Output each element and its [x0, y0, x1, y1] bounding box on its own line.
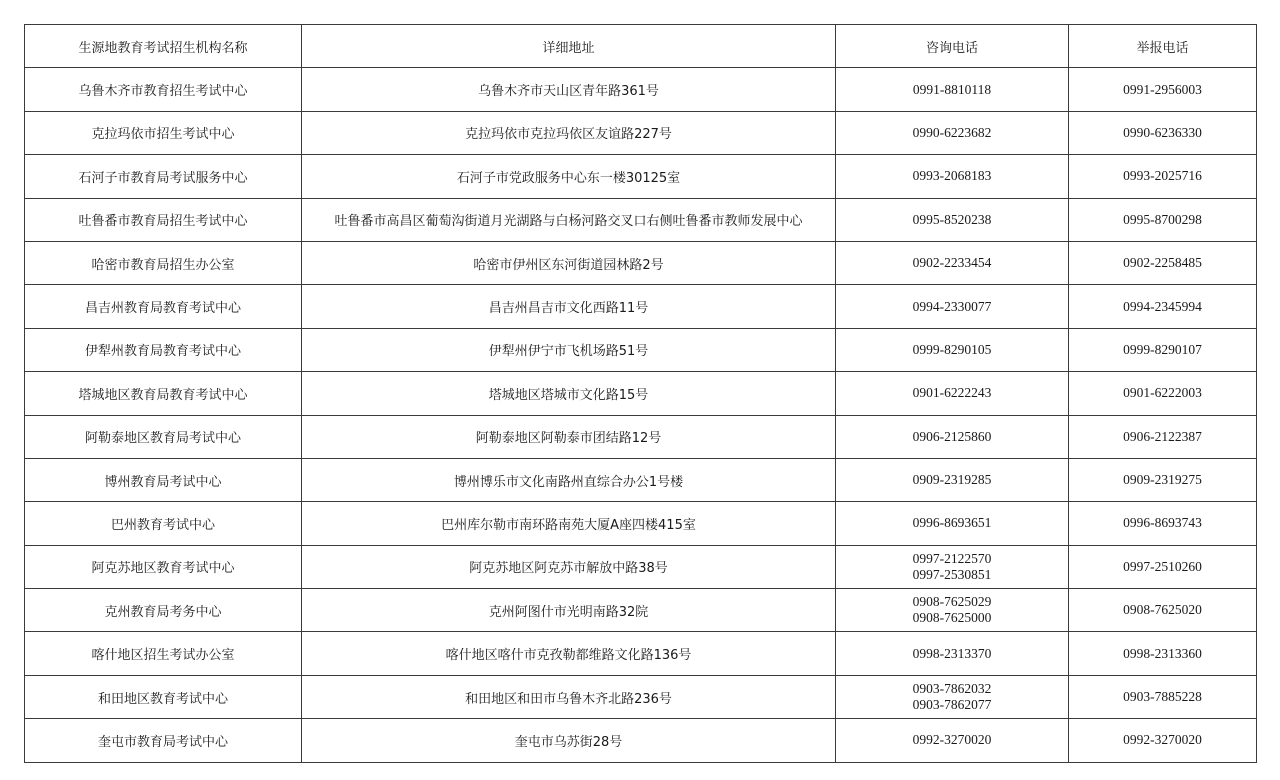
cell-report-phone: 0906-2122387 — [1069, 415, 1257, 458]
table-row: 阿勒泰地区教育局考试中心阿勒泰地区阿勒泰市团结路12号0906-21258600… — [25, 415, 1257, 458]
consult-phone-number: 0991-8810118 — [840, 82, 1064, 98]
cell-report-phone: 0995-8700298 — [1069, 198, 1257, 241]
cell-institution: 乌鲁木齐市教育招生考试中心 — [25, 68, 302, 111]
consult-phone-number: 0997-2530851 — [840, 567, 1064, 583]
header-institution: 生源地教育考试招生机构名称 — [25, 25, 302, 68]
table-row: 博州教育局考试中心博州博乐市文化南路州直综合办公1号楼0909-23192850… — [25, 458, 1257, 501]
table-row: 阿克苏地区教育考试中心阿克苏地区阿克苏市解放中路38号0997-21225700… — [25, 545, 1257, 588]
cell-address: 伊犁州伊宁市飞机场路51号 — [302, 328, 836, 371]
cell-report-phone: 0902-2258485 — [1069, 241, 1257, 284]
consult-phone-number: 0906-2125860 — [840, 429, 1064, 445]
document-page: 生源地教育考试招生机构名称 详细地址 咨询电话 举报电话 乌鲁木齐市教育招生考试… — [0, 0, 1280, 780]
cell-institution: 奎屯市教育局考试中心 — [25, 719, 302, 762]
cell-consult-phone: 0990-6223682 — [836, 111, 1069, 154]
consult-phone-number: 0993-2068183 — [840, 168, 1064, 184]
cell-address: 阿克苏地区阿克苏市解放中路38号 — [302, 545, 836, 588]
cell-institution: 克拉玛依市招生考试中心 — [25, 111, 302, 154]
cell-institution: 喀什地区招生考试办公室 — [25, 632, 302, 675]
table-row: 喀什地区招生考试办公室喀什地区喀什市克孜勒都维路文化路136号0998-2313… — [25, 632, 1257, 675]
cell-address: 喀什地区喀什市克孜勒都维路文化路136号 — [302, 632, 836, 675]
cell-report-phone: 0991-2956003 — [1069, 68, 1257, 111]
cell-consult-phone: 0906-2125860 — [836, 415, 1069, 458]
table-row: 吐鲁番市教育局招生考试中心吐鲁番市高昌区葡萄沟街道月光湖路与白杨河路交叉口右侧吐… — [25, 198, 1257, 241]
consult-phone-number: 0995-8520238 — [840, 212, 1064, 228]
cell-consult-phone: 0909-2319285 — [836, 458, 1069, 501]
consult-phone-number: 0909-2319285 — [840, 472, 1064, 488]
consult-phone-number: 0992-3270020 — [840, 732, 1064, 748]
table-row: 克州教育局考务中心克州阿图什市光明南路32院0908-76250290908-7… — [25, 589, 1257, 632]
cell-institution: 塔城地区教育局教育考试中心 — [25, 372, 302, 415]
cell-report-phone: 0994-2345994 — [1069, 285, 1257, 328]
cell-report-phone: 0998-2313360 — [1069, 632, 1257, 675]
cell-institution: 阿勒泰地区教育局考试中心 — [25, 415, 302, 458]
cell-consult-phone: 0999-8290105 — [836, 328, 1069, 371]
table-row: 塔城地区教育局教育考试中心塔城地区塔城市文化路15号0901-622224309… — [25, 372, 1257, 415]
consult-phone-number: 0997-2122570 — [840, 551, 1064, 567]
cell-institution: 哈密市教育局招生办公室 — [25, 241, 302, 284]
header-address: 详细地址 — [302, 25, 836, 68]
table-row: 乌鲁木齐市教育招生考试中心乌鲁木齐市天山区青年路361号0991-8810118… — [25, 68, 1257, 111]
consult-phone-number: 0999-8290105 — [840, 342, 1064, 358]
header-consult-phone: 咨询电话 — [836, 25, 1069, 68]
consult-phone-number: 0908-7625029 — [840, 594, 1064, 610]
consult-phone-number: 0908-7625000 — [840, 610, 1064, 626]
cell-consult-phone: 0993-2068183 — [836, 155, 1069, 198]
cell-report-phone: 0996-8693743 — [1069, 502, 1257, 545]
cell-address: 克拉玛依市克拉玛依区友谊路227号 — [302, 111, 836, 154]
consult-phone-number: 0902-2233454 — [840, 255, 1064, 271]
cell-institution: 伊犁州教育局教育考试中心 — [25, 328, 302, 371]
table-body: 乌鲁木齐市教育招生考试中心乌鲁木齐市天山区青年路361号0991-8810118… — [25, 68, 1257, 762]
table-row: 奎屯市教育局考试中心奎屯市乌苏街28号0992-32700200992-3270… — [25, 719, 1257, 762]
cell-institution: 克州教育局考务中心 — [25, 589, 302, 632]
cell-institution: 和田地区教育考试中心 — [25, 675, 302, 718]
cell-address: 阿勒泰地区阿勒泰市团结路12号 — [302, 415, 836, 458]
cell-address: 昌吉州昌吉市文化西路11号 — [302, 285, 836, 328]
header-report-phone: 举报电话 — [1069, 25, 1257, 68]
contact-table: 生源地教育考试招生机构名称 详细地址 咨询电话 举报电话 乌鲁木齐市教育招生考试… — [24, 24, 1257, 763]
consult-phone-number: 0994-2330077 — [840, 299, 1064, 315]
table-row: 伊犁州教育局教育考试中心伊犁州伊宁市飞机场路51号0999-8290105099… — [25, 328, 1257, 371]
cell-report-phone: 0990-6236330 — [1069, 111, 1257, 154]
cell-report-phone: 0909-2319275 — [1069, 458, 1257, 501]
consult-phone-number: 0990-6223682 — [840, 125, 1064, 141]
cell-consult-phone: 0901-6222243 — [836, 372, 1069, 415]
cell-consult-phone: 0998-2313370 — [836, 632, 1069, 675]
cell-consult-phone: 0992-3270020 — [836, 719, 1069, 762]
table-row: 克拉玛依市招生考试中心克拉玛依市克拉玛依区友谊路227号0990-6223682… — [25, 111, 1257, 154]
cell-consult-phone: 0994-2330077 — [836, 285, 1069, 328]
cell-institution: 昌吉州教育局教育考试中心 — [25, 285, 302, 328]
cell-consult-phone: 0902-2233454 — [836, 241, 1069, 284]
cell-consult-phone: 0997-21225700997-2530851 — [836, 545, 1069, 588]
cell-consult-phone: 0908-76250290908-7625000 — [836, 589, 1069, 632]
cell-address: 克州阿图什市光明南路32院 — [302, 589, 836, 632]
consult-phone-number: 0903-7862077 — [840, 697, 1064, 713]
cell-address: 乌鲁木齐市天山区青年路361号 — [302, 68, 836, 111]
table-row: 哈密市教育局招生办公室哈密市伊州区东河街道园林路2号0902-223345409… — [25, 241, 1257, 284]
cell-address: 巴州库尔勒市南环路南苑大厦A座四楼415室 — [302, 502, 836, 545]
cell-institution: 吐鲁番市教育局招生考试中心 — [25, 198, 302, 241]
cell-report-phone: 0992-3270020 — [1069, 719, 1257, 762]
table-row: 昌吉州教育局教育考试中心昌吉州昌吉市文化西路11号0994-2330077099… — [25, 285, 1257, 328]
cell-report-phone: 0999-8290107 — [1069, 328, 1257, 371]
cell-report-phone: 0997-2510260 — [1069, 545, 1257, 588]
cell-address: 石河子市党政服务中心东一楼30125室 — [302, 155, 836, 198]
table-row: 和田地区教育考试中心和田地区和田市乌鲁木齐北路236号0903-78620320… — [25, 675, 1257, 718]
cell-address: 吐鲁番市高昌区葡萄沟街道月光湖路与白杨河路交叉口右侧吐鲁番市教师发展中心 — [302, 198, 836, 241]
cell-report-phone: 0908-7625020 — [1069, 589, 1257, 632]
consult-phone-number: 0996-8693651 — [840, 515, 1064, 531]
cell-address: 哈密市伊州区东河街道园林路2号 — [302, 241, 836, 284]
cell-address: 奎屯市乌苏街28号 — [302, 719, 836, 762]
consult-phone-number: 0998-2313370 — [840, 646, 1064, 662]
cell-consult-phone: 0995-8520238 — [836, 198, 1069, 241]
cell-institution: 博州教育局考试中心 — [25, 458, 302, 501]
cell-report-phone: 0901-6222003 — [1069, 372, 1257, 415]
cell-institution: 石河子市教育局考试服务中心 — [25, 155, 302, 198]
cell-consult-phone: 0996-8693651 — [836, 502, 1069, 545]
table-row: 巴州教育考试中心巴州库尔勒市南环路南苑大厦A座四楼415室0996-869365… — [25, 502, 1257, 545]
cell-address: 塔城地区塔城市文化路15号 — [302, 372, 836, 415]
consult-phone-number: 0903-7862032 — [840, 681, 1064, 697]
cell-consult-phone: 0991-8810118 — [836, 68, 1069, 111]
table-header-row: 生源地教育考试招生机构名称 详细地址 咨询电话 举报电话 — [25, 25, 1257, 68]
consult-phone-number: 0901-6222243 — [840, 385, 1064, 401]
cell-consult-phone: 0903-78620320903-7862077 — [836, 675, 1069, 718]
cell-report-phone: 0903-7885228 — [1069, 675, 1257, 718]
cell-address: 博州博乐市文化南路州直综合办公1号楼 — [302, 458, 836, 501]
cell-address: 和田地区和田市乌鲁木齐北路236号 — [302, 675, 836, 718]
cell-institution: 巴州教育考试中心 — [25, 502, 302, 545]
table-row: 石河子市教育局考试服务中心石河子市党政服务中心东一楼30125室0993-206… — [25, 155, 1257, 198]
cell-institution: 阿克苏地区教育考试中心 — [25, 545, 302, 588]
cell-report-phone: 0993-2025716 — [1069, 155, 1257, 198]
